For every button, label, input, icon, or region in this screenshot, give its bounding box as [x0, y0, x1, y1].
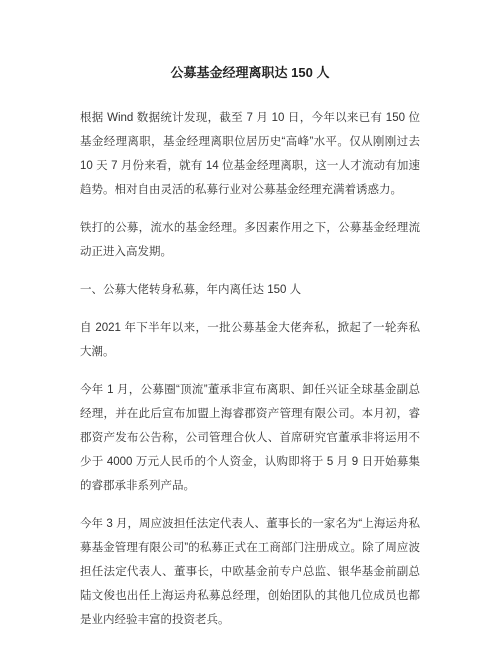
- paragraph-summary: 铁打的公募，流水的基金经理。多因素作用之下，公募基金经理流动正进入高发期。: [80, 216, 420, 264]
- article-title: 公募基金经理离职达 150 人: [80, 64, 420, 82]
- section-heading: 一、公募大佬转身私募，年内离任达 150 人: [80, 278, 420, 302]
- paragraph-trend-2021: 自 2021 年下半年以来，一批公募基金大佬奔私，掀起了一轮奔私大潮。: [80, 316, 420, 364]
- paragraph-dongchengfei: 今年 1 月，公募圈“顶流”董承非宣布离职、卸任兴证全球基金副总经理，并在此后宣…: [80, 378, 420, 498]
- article-content: 公募基金经理离职达 150 人 根据 Wind 数据统计发现，截至 7 月 10…: [80, 64, 420, 646]
- document-page: 公募基金经理离职达 150 人 根据 Wind 数据统计发现，截至 7 月 10…: [0, 0, 500, 654]
- paragraph-intro-stats: 根据 Wind 数据统计发现，截至 7 月 10 日，今年以来已有 150 位基…: [80, 106, 420, 202]
- paragraph-zhouyingbo: 今年 3 月，周应波担任法定代表人、董事长的一家名为“上海运舟私募基金管理有限公…: [80, 512, 420, 632]
